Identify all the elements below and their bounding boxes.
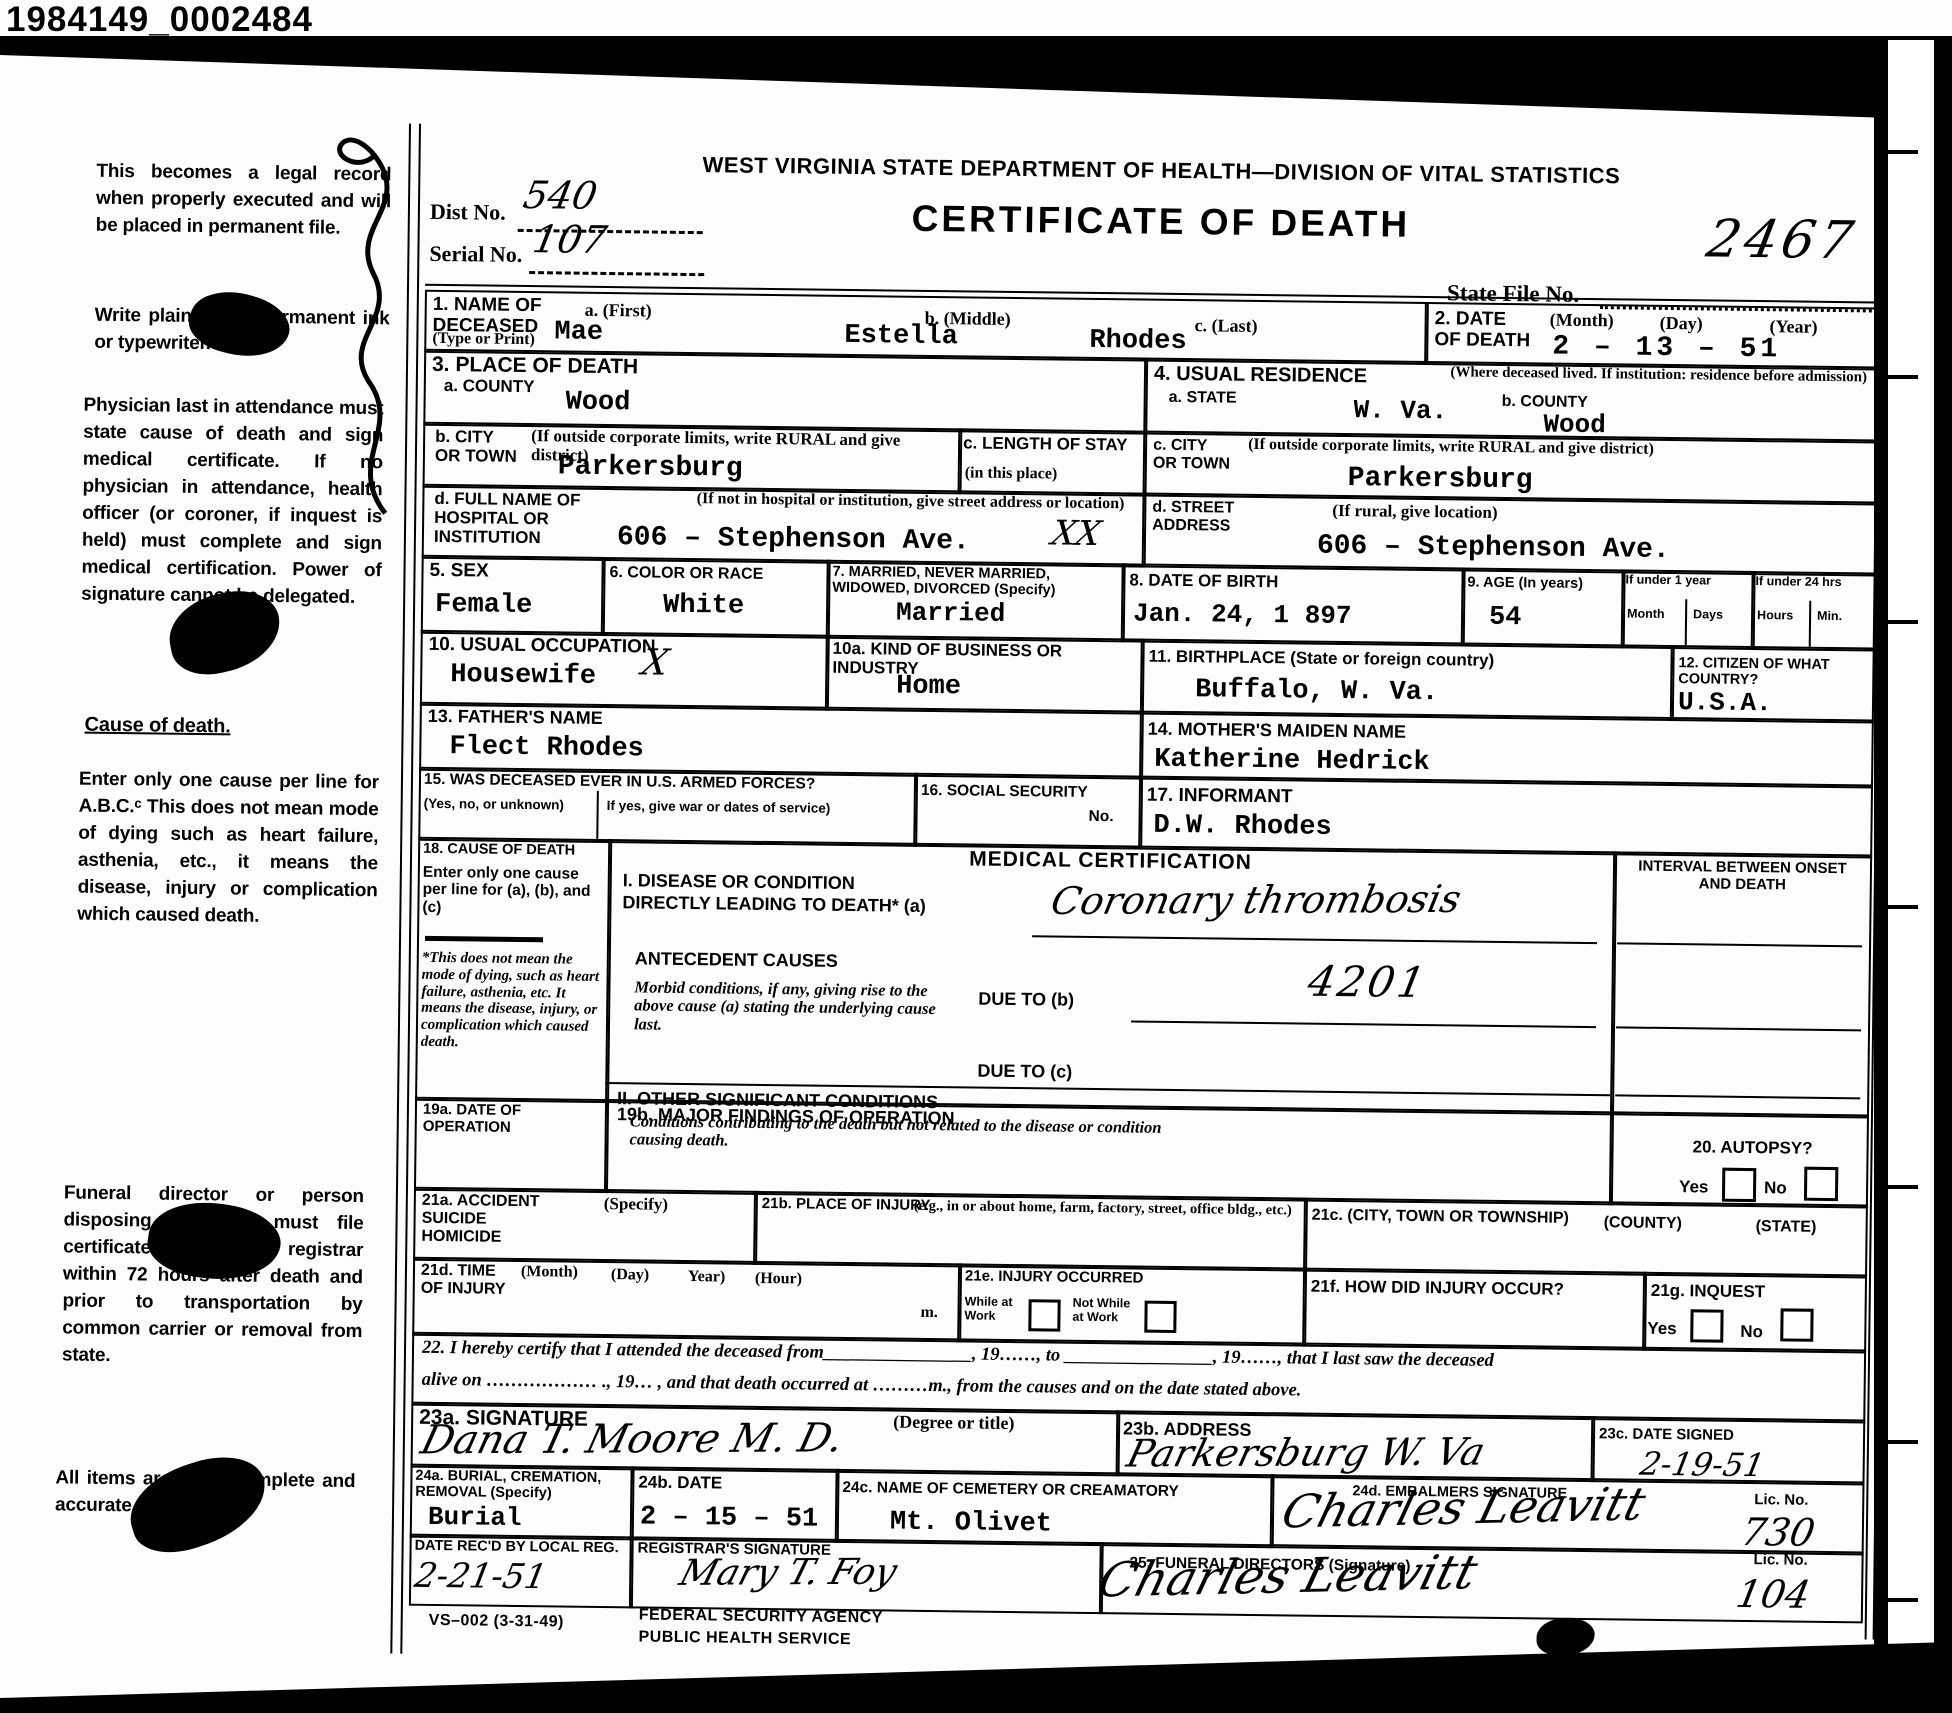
edge-tick	[1888, 1185, 1918, 1189]
edge-tick	[1888, 375, 1918, 379]
edge-tick	[1888, 905, 1918, 909]
scan-id-label: 1984149_0002484	[6, 0, 313, 39]
edge-tick	[1888, 1440, 1918, 1444]
edge-tick	[1888, 1598, 1918, 1602]
scanned-death-certificate-page: 1984149_0002484 This becomes a legal rec…	[0, 0, 1952, 1713]
edge-tick	[1888, 620, 1918, 624]
scan-right-band	[1934, 36, 1952, 1713]
adjacent-page-edge	[1888, 40, 1934, 1640]
scan-right-seam	[1874, 40, 1888, 1700]
edge-tick	[1888, 150, 1918, 154]
scan-bottom-band	[0, 1630, 1952, 1713]
